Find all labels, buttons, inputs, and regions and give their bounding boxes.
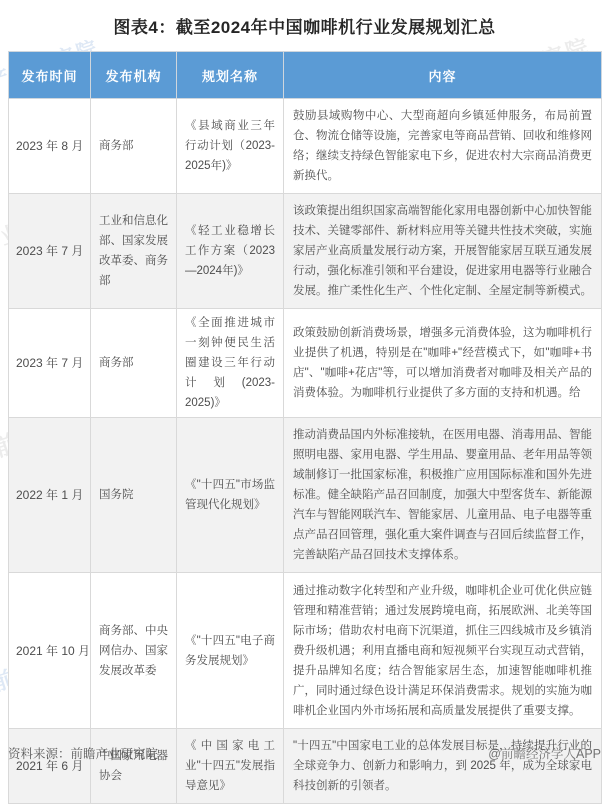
table-row: 2023 年 7 月 商务部 《全面推进城市一刻钟便民生活圈建设三年行动计划(2…	[9, 309, 602, 418]
cell-publish-agency: 国务院	[91, 418, 177, 573]
cell-plan-name: 《中国家电工业"十四五"发展指导意见》	[177, 729, 284, 804]
table-row: 2021 年 10 月 商务部、中央网信办、国家发展改革委 《"十四五"电子商务…	[9, 573, 602, 729]
column-header-publish-agency: 发布机构	[91, 52, 177, 99]
page-footer: 资料来源：前瞻产业研究院 @前瞻经济学人APP	[8, 744, 601, 762]
cell-publish-agency: 中国家用电器协会	[91, 729, 177, 804]
page-title: 图表4：截至2024年中国咖啡机行业发展规划汇总	[8, 13, 601, 38]
cell-publish-time: 2023 年 7 月	[9, 309, 91, 418]
cell-plan-name: 《全面推进城市一刻钟便民生活圈建设三年行动计划(2023-2025)》	[177, 309, 284, 418]
credit-note: @前瞻经济学人APP	[488, 744, 601, 762]
column-header-publish-time: 发布时间	[9, 52, 91, 99]
cell-plan-name: 《"十四五"市场监管现代化规划》	[177, 418, 284, 573]
cell-content: "十四五"中国家电工业的总体发展目标是，持续提升行业的全球竞争力、创新力和影响力…	[284, 729, 602, 804]
cell-content: 通过推动数字化转型和产业升级，咖啡机企业可优化供应链管理和精准营销；通过发展跨境…	[284, 573, 602, 729]
cell-content: 推动消费品国内外标准接轨，在医用电器、消毒用品、智能照明电器、家用电器、学生用品…	[284, 418, 602, 573]
development-plans-table: 发布时间 发布机构 规划名称 内容 2023 年 8 月 商务部 《县域商业三年…	[8, 51, 602, 804]
report-page: { "title": "图表4：截至2024年中国咖啡机行业发展规划汇总", "…	[0, 0, 609, 804]
cell-publish-agency: 商务部、中央网信办、国家发展改革委	[91, 573, 177, 729]
cell-publish-time: 2023 年 7 月	[9, 194, 91, 309]
cell-publish-time: 2022 年 1 月	[9, 418, 91, 573]
column-header-content: 内容	[284, 52, 602, 99]
table-row: 2023 年 7 月 工业和信息化部、国家发展改革委、商务部 《轻工业稳增长工作…	[9, 194, 602, 309]
cell-publish-time: 2023 年 8 月	[9, 99, 91, 194]
data-source-note: 资料来源：前瞻产业研究院	[8, 744, 158, 762]
table-row: 2022 年 1 月 国务院 《"十四五"市场监管现代化规划》 推动消费品国内外…	[9, 418, 602, 573]
cell-content: 政策鼓励创新消费场景，增强多元消费体验，这为咖啡机行业提供了机遇，特别是在"咖啡…	[284, 309, 602, 418]
cell-plan-name: 《轻工业稳增长工作方案（2023—2024年)》	[177, 194, 284, 309]
cell-publish-time: 2021 年 6 月	[9, 729, 91, 804]
cell-publish-agency: 商务部	[91, 99, 177, 194]
table-row: 2021 年 6 月 中国家用电器协会 《中国家电工业"十四五"发展指导意见》 …	[9, 729, 602, 804]
table-row: 2023 年 8 月 商务部 《县域商业三年行动计划（2023-2025年)》 …	[9, 99, 602, 194]
column-header-plan-name: 规划名称	[177, 52, 284, 99]
cell-plan-name: 《"十四五"电子商务发展规划》	[177, 573, 284, 729]
cell-publish-agency: 工业和信息化部、国家发展改革委、商务部	[91, 194, 177, 309]
cell-content: 鼓励县域购物中心、大型商超向乡镇延伸服务，布局前置仓、物流仓储等设施，完善家电等…	[284, 99, 602, 194]
cell-publish-time: 2021 年 10 月	[9, 573, 91, 729]
cell-plan-name: 《县域商业三年行动计划（2023-2025年)》	[177, 99, 284, 194]
table-header-row: 发布时间 发布机构 规划名称 内容	[9, 52, 602, 99]
cell-content: 该政策提出组织国家高端智能化家用电器创新中心加快智能技术、关键零部件、新材料应用…	[284, 194, 602, 309]
cell-publish-agency: 商务部	[91, 309, 177, 418]
